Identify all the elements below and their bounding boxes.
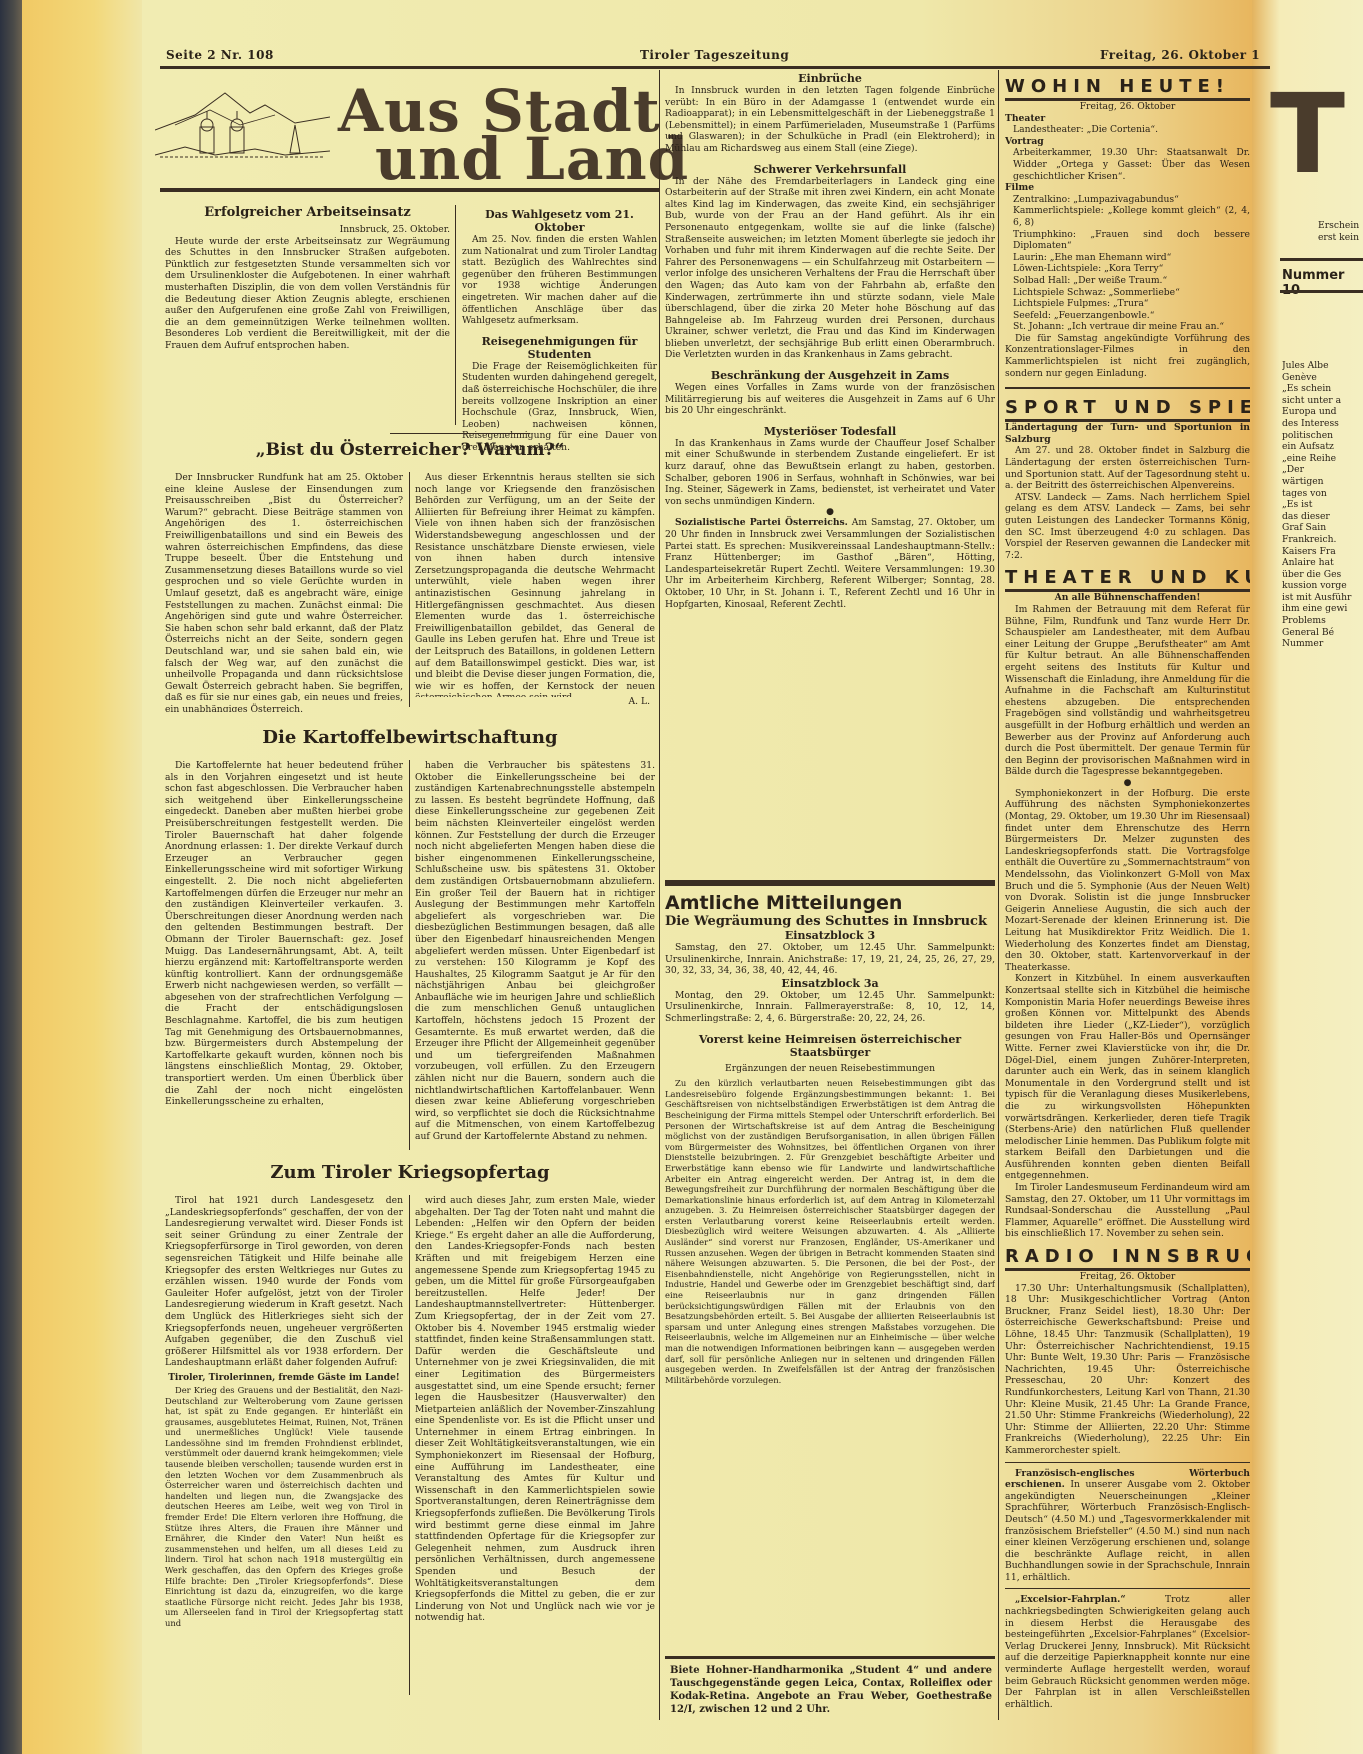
next-page-masthead: T — [1270, 70, 1345, 198]
next-page-line: „Es schein — [1282, 383, 1363, 395]
film-listing: Solbad Hall: „Der weiße Traum.“ — [1013, 275, 1250, 287]
oesterreicher-col1: Der Innsbrucker Rundfunk hat am 25. Okto… — [165, 472, 403, 712]
next-page-line: kussion vorge — [1282, 580, 1363, 592]
section-rule — [390, 433, 530, 434]
section-title-theater: THEATER UND KUNST — [1005, 567, 1250, 592]
section-date: Freitag, 26. Oktober — [1005, 1271, 1250, 1283]
vortrag-listing: Arbeiterkammer, 19.30 Uhr: Staatsanwalt … — [1005, 147, 1250, 182]
article-title: „Bist du Österreicher? Warum?“ — [165, 440, 655, 460]
next-page-line: „eine Reihe — [1282, 453, 1363, 465]
next-page-rule — [1280, 290, 1363, 293]
issue-date: Freitag, 26. Oktober 1945 — [1100, 48, 1260, 62]
header-rule — [160, 66, 1270, 69]
article-title: Zum Tiroler Kriegsopfertag — [165, 1162, 655, 1183]
section-title-sport: SPORT UND SPIEL — [1005, 397, 1250, 422]
section-rule — [665, 880, 995, 886]
innsbruck-skyline-icon — [155, 85, 330, 165]
article-subtitle: Ergänzungen der neuen Reisebestimmungen — [665, 1063, 995, 1075]
masthead-line2: und Land — [375, 132, 689, 186]
film-list: Zentralkino: „Lumpazivagabundus“Kammerli… — [1005, 194, 1250, 333]
article-kriegsopfertag: Zum Tiroler Kriegsopfertag — [165, 1162, 655, 1183]
article-title: Mysteriöser Todesfall — [665, 425, 995, 438]
next-page-line: wärtigen — [1282, 476, 1363, 488]
article-kartoffel: Die Kartoffelbewirtschaftung — [165, 727, 655, 748]
next-page-column: Jules AlbeGenève„Es scheinsicht unter aE… — [1282, 360, 1363, 650]
next-page-line: ihm eine gewi — [1282, 603, 1363, 615]
column-three: Einbrüche In Innsbruck wurden in den let… — [665, 72, 995, 972]
classified-ad: Biete Hohner-Handharmonika „Student 4“ u… — [670, 1664, 992, 1716]
column-divider — [409, 760, 410, 1150]
column-four: WOHIN HEUTE! Freitag, 26. Oktober Theate… — [1005, 76, 1250, 1726]
theater-listing: Landestheater: „Die Cortenia“. — [1005, 124, 1250, 136]
amtliche-mitteilungen: Amtliche Mitteilungen Die Wegräumung des… — [665, 892, 995, 1572]
next-page-line: Nummer — [1282, 638, 1363, 650]
section-title-wohin-heute: WOHIN HEUTE! — [1005, 76, 1250, 101]
next-page-line: das dieser — [1282, 511, 1363, 523]
next-page-line: General Bé — [1282, 627, 1363, 639]
film-listing: Lichtspiele Fulpmes: „Trura“ — [1013, 298, 1250, 310]
dateline: Innsbruck, 25. Oktober. — [165, 224, 450, 236]
section-title-radio: RADIO INNSBRUCK — [1005, 1246, 1250, 1271]
next-page-line: Kaisers Fra — [1282, 546, 1363, 558]
next-page-line: Europa und — [1282, 406, 1363, 418]
page-margin — [22, 0, 142, 1754]
next-page-line: Problems — [1282, 615, 1363, 627]
article-title: Reisegenehmigungen für Studenten — [462, 335, 657, 361]
column-divider — [409, 1195, 410, 1695]
column-divider — [998, 70, 999, 1720]
article-title: Vorerst keine Heimreisen österreichische… — [665, 1033, 995, 1059]
column-divider — [455, 205, 456, 425]
film-listing: Lichtspiele Schwaz: „Sommerliebe“ — [1013, 287, 1250, 299]
next-page-text: Erschein — [1318, 220, 1359, 232]
page-folio: Seite 2 Nr. 108 — [166, 48, 274, 62]
next-page-line: des Interess — [1282, 418, 1363, 430]
article-title: Die Wegräumung des Schuttes in Innsbruck — [665, 914, 995, 929]
film-listing: Löwen-Lichtspiele: „Kora Terry“ — [1013, 263, 1250, 275]
masthead-rule — [160, 188, 660, 192]
article-body: Heute wurde der erste Arbeitseinsatz zur… — [165, 236, 450, 352]
film-listing: Seefeld: „Feuerzangenbowle.“ — [1013, 310, 1250, 322]
signature: A. L. — [560, 696, 650, 708]
article-title: Die Kartoffelbewirtschaftung — [165, 727, 655, 748]
next-page-rule — [1280, 258, 1363, 261]
next-page-text: erst kein — [1318, 232, 1359, 244]
next-page-line: Jules Albe — [1282, 360, 1363, 372]
next-page-line: Genève — [1282, 372, 1363, 384]
article-wahlgesetz: Das Wahlgesetz vom 21. Oktober Am 25. No… — [462, 208, 657, 454]
film-listing: Triumphkino: „Frauen sind doch bessere D… — [1013, 229, 1250, 252]
kriegsopfertag-col2: wird auch dieses Jahr, zum ersten Male, … — [415, 1195, 655, 1700]
oesterreicher-col2: Aus dieser Erkenntnis heraus stellten si… — [415, 472, 655, 697]
article-title: Beschränkung der Ausgehzeit in Zams — [665, 369, 995, 382]
block-label: Einsatzblock 3a — [665, 977, 995, 990]
article-title: Einbrüche — [665, 72, 995, 85]
article-title: Das Wahlgesetz vom 21. Oktober — [462, 208, 657, 234]
section-date: Freitag, 26. Oktober — [1005, 101, 1250, 113]
kriegsopfertag-col1: Tirol hat 1921 durch Landesgesetz den „L… — [165, 1195, 403, 1700]
appeal-title: Tiroler, Tirolerinnen, fremde Gäste im L… — [165, 1373, 403, 1383]
next-page-edge — [1252, 0, 1363, 1754]
article-arbeitseinsatz: Erfolgreicher Arbeitseinsatz Innsbruck, … — [165, 205, 450, 352]
section-rule — [665, 1656, 995, 1659]
newspaper-name: Tiroler Tageszeitung — [640, 48, 789, 62]
bullet-separator: ● — [665, 507, 995, 517]
article-body: Am 25. Nov. finden die ersten Wahlen zum… — [462, 234, 657, 327]
next-page-line: tages von — [1282, 488, 1363, 500]
next-page-line: ist mit Ausführ — [1282, 592, 1363, 604]
next-page-line: politischen — [1282, 430, 1363, 442]
wavy-divider — [1005, 387, 1250, 389]
film-listing: St. Johann: „Ich vertraue dir meine Frau… — [1013, 321, 1250, 333]
next-page-line: über die Ges — [1282, 569, 1363, 581]
kartoffel-col2: haben die Verbraucher bis spätestens 31.… — [415, 760, 655, 1150]
article-title: Schwerer Verkehrsunfall — [665, 163, 995, 176]
next-page-line: „Der — [1282, 464, 1363, 476]
block-label: Einsatzblock 3 — [665, 929, 995, 942]
article-title: Erfolgreicher Arbeitseinsatz — [165, 205, 450, 220]
column-divider — [659, 70, 660, 1720]
next-page-line: ein Aufsatz — [1282, 441, 1363, 453]
next-page-line: Graf Sain — [1282, 522, 1363, 534]
kartoffel-col1: Die Kartoffelernte hat heuer bedeutend f… — [165, 760, 403, 1150]
film-listing: Laurin: „Ehe man Ehemann wird“ — [1013, 252, 1250, 264]
next-page-number: Nummer 10 — [1282, 268, 1363, 298]
next-page-line: Anlaire hat — [1282, 557, 1363, 569]
next-page-line: Frankreich. — [1282, 534, 1363, 546]
film-listing: Zentralkino: „Lumpazivagabundus“ — [1013, 194, 1250, 206]
section-title: Amtliche Mitteilungen — [665, 892, 995, 914]
next-page-line: sicht unter a — [1282, 395, 1363, 407]
book-binding — [0, 0, 22, 1754]
column-divider — [409, 472, 410, 707]
article-oesterreicher: „Bist du Österreicher? Warum?“ — [165, 440, 655, 460]
next-page-line: „Es ist — [1282, 499, 1363, 511]
film-listing: Kammerlichtspiele: „Kollege kommt gleich… — [1013, 205, 1250, 228]
